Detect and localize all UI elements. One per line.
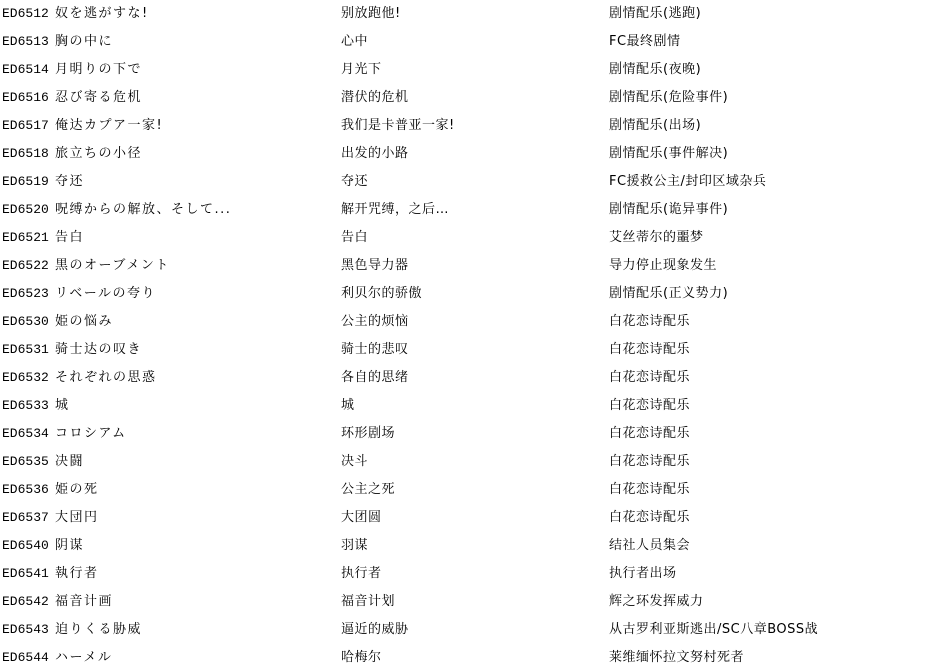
table-row: ED6540 阴谋 羽谋 结社人员集会 [0, 532, 934, 560]
cn-title: 告白 [341, 224, 609, 252]
track-id: ED6521 [0, 224, 55, 252]
track-id: ED6523 [0, 280, 55, 308]
usage-desc: FC援救公主/封印区域杂兵 [609, 168, 934, 196]
table-row: ED6543 迫りくる胁威 逼近的威胁 从古罗利亚斯逃出/SC八章BOSS战 [0, 616, 934, 644]
table-row: ED6536 姫の死 公主之死 白花恋诗配乐 [0, 476, 934, 504]
track-id: ED6517 [0, 112, 55, 140]
jp-title: 執行者 [55, 560, 341, 588]
table-row: ED6537 大団円 大团圆 白花恋诗配乐 [0, 504, 934, 532]
table-row: ED6516 忍び寄る危机 潜伏的危机 剧情配乐(危险事件) [0, 84, 934, 112]
jp-title: 骑士达の叹き [55, 336, 341, 364]
cn-title: 利贝尔的骄傲 [341, 280, 609, 308]
cn-title: 逼近的威胁 [341, 616, 609, 644]
cn-title: 羽谋 [341, 532, 609, 560]
usage-desc: 白花恋诗配乐 [609, 308, 934, 336]
track-id: ED6518 [0, 140, 55, 168]
table-row: ED6518 旅立ちの小径 出发的小路 剧情配乐(事件解决) [0, 140, 934, 168]
track-id: ED6522 [0, 252, 55, 280]
track-id: ED6536 [0, 476, 55, 504]
table-row: ED6522 黒のオーブメント 黑色导力器 导力停止现象发生 [0, 252, 934, 280]
table-row: ED6517 俺达カプア一家! 我们是卡普亚一家! 剧情配乐(出场) [0, 112, 934, 140]
usage-desc: 白花恋诗配乐 [609, 420, 934, 448]
track-id: ED6533 [0, 392, 55, 420]
jp-title: ハーメル [55, 644, 341, 672]
usage-desc: 剧情配乐(诡异事件) [609, 196, 934, 224]
cn-title: 出发的小路 [341, 140, 609, 168]
table-row: ED6544 ハーメル 哈梅尔 莱维缅怀拉文努村死者 [0, 644, 934, 672]
cn-title: 骑士的悲叹 [341, 336, 609, 364]
jp-title: 呪缚からの解放、そして... [55, 196, 341, 224]
cn-title: 别放跑他! [341, 0, 609, 28]
track-id: ED6516 [0, 84, 55, 112]
track-id: ED6534 [0, 420, 55, 448]
usage-desc: 白花恋诗配乐 [609, 476, 934, 504]
track-id: ED6512 [0, 0, 55, 28]
track-id: ED6513 [0, 28, 55, 56]
table-row: ED6514 月明りの下で 月光下 剧情配乐(夜晚) [0, 56, 934, 84]
jp-title: それぞれの思惑 [55, 364, 341, 392]
track-id: ED6531 [0, 336, 55, 364]
usage-desc: 从古罗利亚斯逃出/SC八章BOSS战 [609, 616, 934, 644]
table-row: ED6519 夺还 夺还 FC援救公主/封印区域杂兵 [0, 168, 934, 196]
track-id: ED6519 [0, 168, 55, 196]
cn-title: 公主之死 [341, 476, 609, 504]
track-list-document: ED6512 奴を逃がすな! 别放跑他! 剧情配乐(逃跑) ED6513 胸の中… [0, 0, 934, 672]
jp-title: 迫りくる胁威 [55, 616, 341, 644]
usage-desc: 白花恋诗配乐 [609, 336, 934, 364]
track-id: ED6540 [0, 532, 55, 560]
track-id: ED6542 [0, 588, 55, 616]
track-id: ED6535 [0, 448, 55, 476]
usage-desc: 莱维缅怀拉文努村死者 [609, 644, 934, 672]
table-row: ED6523 リベールの夸り 利贝尔的骄傲 剧情配乐(正义势力) [0, 280, 934, 308]
cn-title: 黑色导力器 [341, 252, 609, 280]
cn-title: 月光下 [341, 56, 609, 84]
jp-title: 决闘 [55, 448, 341, 476]
usage-desc: 白花恋诗配乐 [609, 504, 934, 532]
table-row: ED6535 决闘 决斗 白花恋诗配乐 [0, 448, 934, 476]
jp-title: 月明りの下で [55, 56, 341, 84]
cn-title: 决斗 [341, 448, 609, 476]
track-id: ED6514 [0, 56, 55, 84]
jp-title: 黒のオーブメント [55, 252, 341, 280]
jp-title: 夺还 [55, 168, 341, 196]
usage-desc: 导力停止现象发生 [609, 252, 934, 280]
cn-title: 大团圆 [341, 504, 609, 532]
track-list-rows: ED6512 奴を逃がすな! 别放跑他! 剧情配乐(逃跑) ED6513 胸の中… [0, 0, 934, 672]
track-id: ED6530 [0, 308, 55, 336]
cn-title: 公主的烦恼 [341, 308, 609, 336]
cn-title: 城 [341, 392, 609, 420]
usage-desc: 剧情配乐(夜晚) [609, 56, 934, 84]
cn-title: 解开咒缚，之后… [341, 196, 609, 224]
cn-title: 我们是卡普亚一家! [341, 112, 609, 140]
cn-title: 潜伏的危机 [341, 84, 609, 112]
usage-desc: 白花恋诗配乐 [609, 448, 934, 476]
usage-desc: 白花恋诗配乐 [609, 392, 934, 420]
table-row: ED6520 呪缚からの解放、そして... 解开咒缚，之后… 剧情配乐(诡异事件… [0, 196, 934, 224]
usage-desc: 剧情配乐(危险事件) [609, 84, 934, 112]
cn-title: 各自的思绪 [341, 364, 609, 392]
jp-title: 奴を逃がすな! [55, 0, 341, 28]
jp-title: 福音计画 [55, 588, 341, 616]
jp-title: 姫の死 [55, 476, 341, 504]
table-row: ED6512 奴を逃がすな! 别放跑他! 剧情配乐(逃跑) [0, 0, 934, 28]
jp-title: リベールの夸り [55, 280, 341, 308]
cn-title: 执行者 [341, 560, 609, 588]
table-row: ED6532 それぞれの思惑 各自的思绪 白花恋诗配乐 [0, 364, 934, 392]
track-id: ED6544 [0, 644, 55, 672]
jp-title: 胸の中に [55, 28, 341, 56]
cn-title: 哈梅尔 [341, 644, 609, 672]
jp-title: 姫の悩み [55, 308, 341, 336]
jp-title: 告白 [55, 224, 341, 252]
cn-title: 夺还 [341, 168, 609, 196]
cn-title: 福音计划 [341, 588, 609, 616]
table-row: ED6534 コロシアム 环形剧场 白花恋诗配乐 [0, 420, 934, 448]
jp-title: 大団円 [55, 504, 341, 532]
usage-desc: 艾丝蒂尔的噩梦 [609, 224, 934, 252]
jp-title: 阴谋 [55, 532, 341, 560]
usage-desc: 白花恋诗配乐 [609, 364, 934, 392]
jp-title: 城 [55, 392, 341, 420]
track-id: ED6520 [0, 196, 55, 224]
track-id: ED6543 [0, 616, 55, 644]
table-row: ED6533 城 城 白花恋诗配乐 [0, 392, 934, 420]
usage-desc: 剧情配乐(逃跑) [609, 0, 934, 28]
table-row: ED6531 骑士达の叹き 骑士的悲叹 白花恋诗配乐 [0, 336, 934, 364]
track-id: ED6532 [0, 364, 55, 392]
table-row: ED6542 福音计画 福音计划 辉之环发挥威力 [0, 588, 934, 616]
table-row: ED6513 胸の中に 心中 FC最终剧情 [0, 28, 934, 56]
table-row: ED6541 執行者 执行者 执行者出场 [0, 560, 934, 588]
usage-desc: 辉之环发挥威力 [609, 588, 934, 616]
table-row: ED6530 姫の悩み 公主的烦恼 白花恋诗配乐 [0, 308, 934, 336]
track-id: ED6537 [0, 504, 55, 532]
usage-desc: 执行者出场 [609, 560, 934, 588]
usage-desc: 剧情配乐(正义势力) [609, 280, 934, 308]
jp-title: 俺达カプア一家! [55, 112, 341, 140]
table-row: ED6521 告白 告白 艾丝蒂尔的噩梦 [0, 224, 934, 252]
usage-desc: 剧情配乐(出场) [609, 112, 934, 140]
jp-title: 忍び寄る危机 [55, 84, 341, 112]
track-id: ED6541 [0, 560, 55, 588]
cn-title: 心中 [341, 28, 609, 56]
jp-title: 旅立ちの小径 [55, 140, 341, 168]
usage-desc: 剧情配乐(事件解决) [609, 140, 934, 168]
jp-title: コロシアム [55, 420, 341, 448]
usage-desc: 结社人员集会 [609, 532, 934, 560]
usage-desc: FC最终剧情 [609, 28, 934, 56]
cn-title: 环形剧场 [341, 420, 609, 448]
